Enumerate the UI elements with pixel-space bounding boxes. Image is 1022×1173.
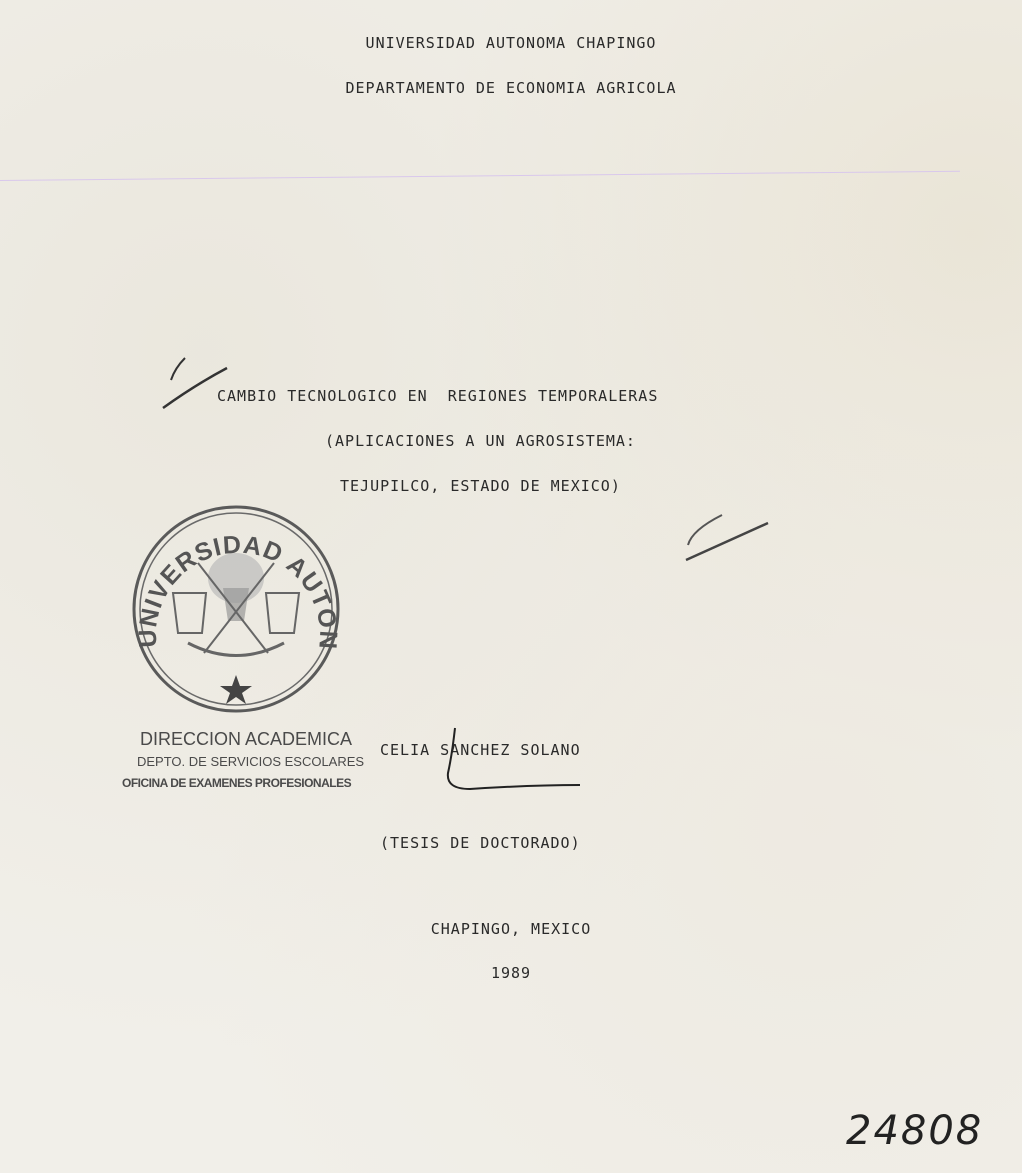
degree-label: (TESIS DE DOCTORADO) (380, 834, 581, 852)
stamp-servicios-escolares: DEPTO. DE SERVICIOS ESCOLARES (137, 754, 364, 769)
thesis-title-line-3: TEJUPILCO, ESTADO DE MEXICO) (340, 477, 621, 495)
thesis-title-line-2: (APLICACIONES A UN AGROSISTEMA: (325, 432, 636, 450)
signature-mark-icon (440, 725, 590, 795)
place-label: CHAPINGO, MEXICO (0, 920, 1022, 938)
pen-check-mark-icon (680, 505, 780, 565)
purple-ruled-line (0, 171, 960, 181)
year-label: 1989 (0, 964, 1022, 982)
department-name: DEPARTAMENTO DE ECONOMIA AGRICOLA (0, 79, 1022, 97)
university-seal-icon: UNIVERSIDAD AUTONOMA CHAPINGO (128, 503, 344, 715)
handwritten-catalog-number: 24808 (846, 1108, 983, 1154)
pen-check-mark-icon (155, 350, 235, 415)
stamp-direccion-academica: DIRECCION ACADEMICA (140, 729, 352, 750)
institution-name: UNIVERSIDAD AUTONOMA CHAPINGO (0, 34, 1022, 52)
stamp-examenes-profesionales: OFICINA DE EXAMENES PROFESIONALES (122, 776, 351, 790)
thesis-title-line-1: CAMBIO TECNOLOGICO EN REGIONES TEMPORALE… (217, 387, 658, 405)
